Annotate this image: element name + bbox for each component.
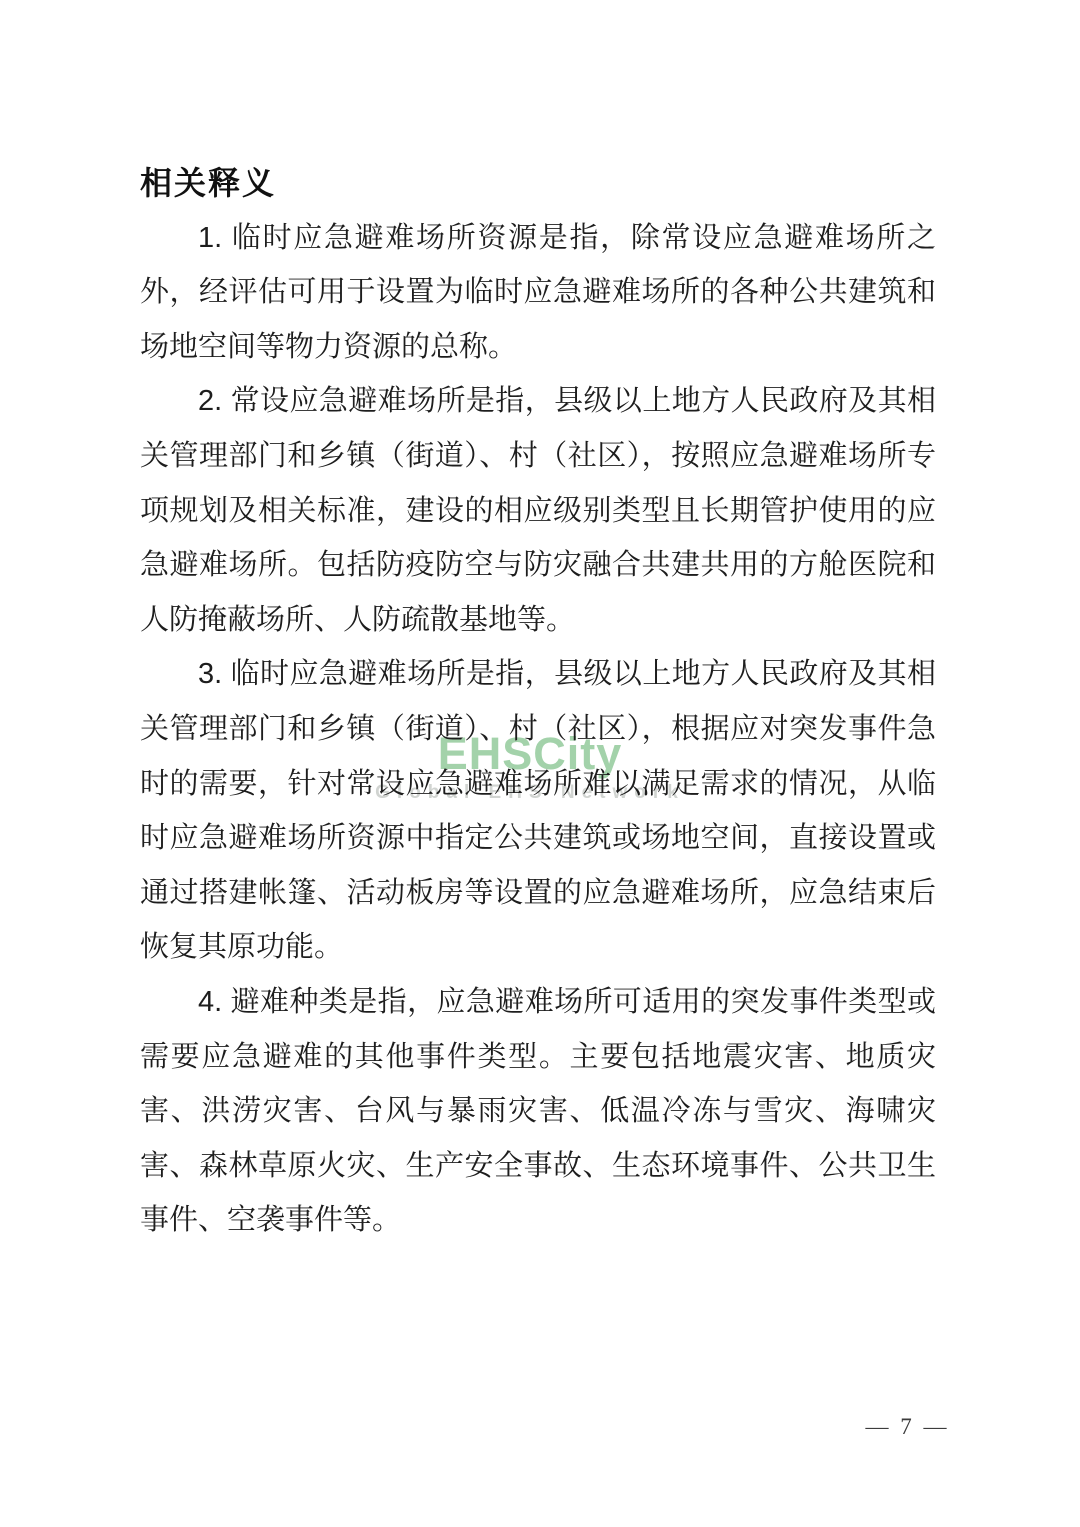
- page-number: — 7 —: [855, 1411, 960, 1443]
- definition-paragraph-4: 4. 避难种类是指，应急避难场所可适用的突发事件类型或需要应急避难的其他事件类型…: [140, 975, 936, 1248]
- document-content: 相关释义 1. 临时应急避难场所资源是指，除常设应急避难场所之外，经评估可用于设…: [140, 156, 936, 1248]
- document-page: EHSCity Global EHS Network 相关释义 1. 临时应急避…: [0, 0, 1080, 1527]
- section-heading: 相关释义: [140, 156, 936, 211]
- definition-paragraph-3: 3. 临时应急避难场所是指，县级以上地方人民政府及其相关管理部门和乡镇（街道）、…: [140, 647, 936, 975]
- definition-paragraph-1: 1. 临时应急避难场所资源是指，除常设应急避难场所之外，经评估可用于设置为临时应…: [140, 211, 936, 375]
- definition-paragraph-2: 2. 常设应急避难场所是指，县级以上地方人民政府及其相关管理部门和乡镇（街道）、…: [140, 374, 936, 647]
